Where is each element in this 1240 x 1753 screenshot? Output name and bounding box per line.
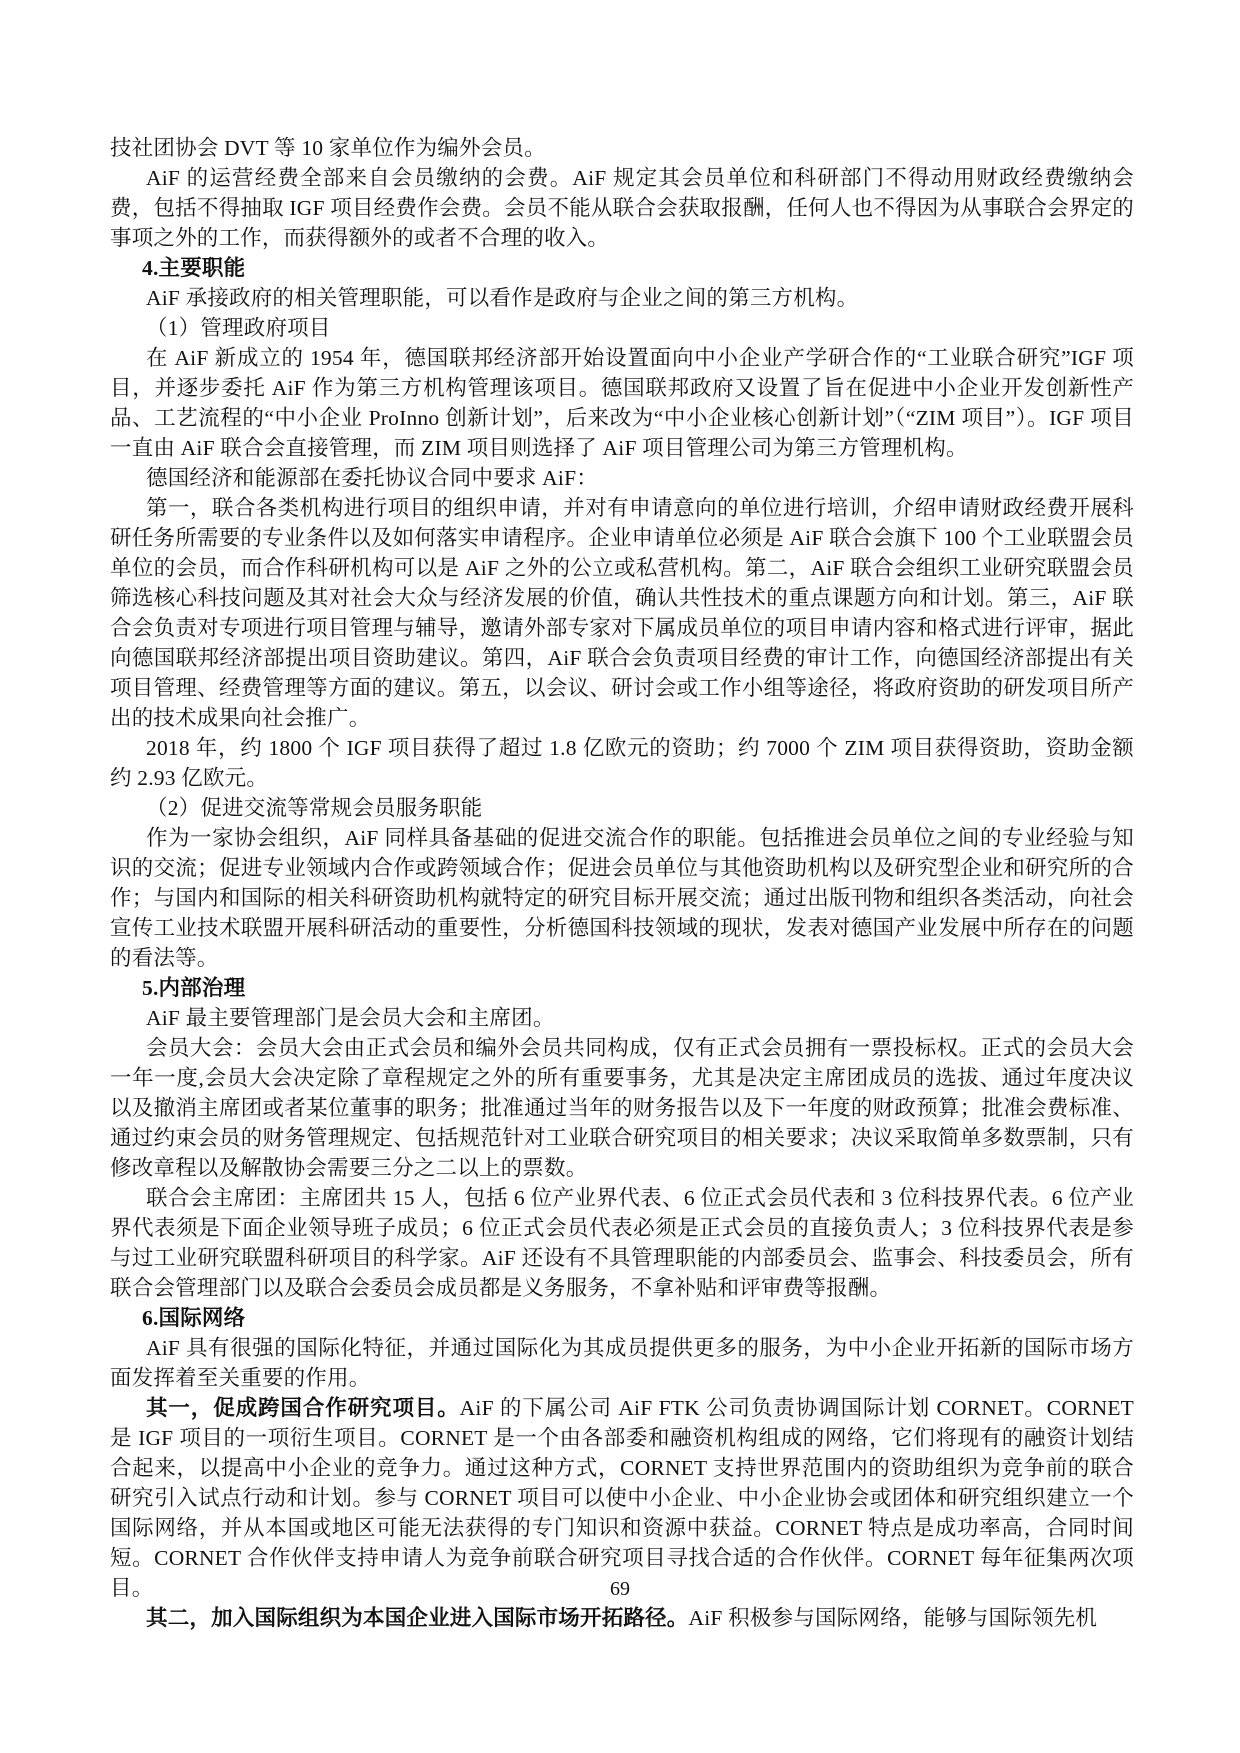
paragraph: AiF 最主要管理部门是会员大会和主席团。	[110, 1003, 1134, 1033]
subsection-title-manage-gov-projects: （1）管理政府项目	[110, 313, 1134, 343]
paragraph: 其二，加入国际组织为本国企业进入国际市场开拓路径。AiF 积极参与国际网络，能够…	[110, 1603, 1134, 1633]
page-body-text: 技社团协会 DVT 等 10 家单位作为编外会员。 AiF 的运营经费全部来自会…	[110, 133, 1134, 1633]
paragraph-bold-lead: 其一，促成跨国合作研究项目。	[146, 1396, 460, 1420]
paragraph-continuation: 技社团协会 DVT 等 10 家单位作为编外会员。	[110, 133, 1134, 163]
paragraph-text: AiF 积极参与国际网络，能够与国际领先机	[689, 1606, 1098, 1630]
document-page: 技社团协会 DVT 等 10 家单位作为编外会员。 AiF 的运营经费全部来自会…	[0, 0, 1240, 1753]
subsection-title-member-services: （2）促进交流等常规会员服务职能	[110, 793, 1134, 823]
page-number: 69	[0, 1576, 1240, 1602]
paragraph: 2018 年，约 1800 个 IGF 项目获得了超过 1.8 亿欧元的资助；约…	[110, 733, 1134, 793]
paragraph: 德国经济和能源部在委托协议合同中要求 AiF：	[110, 463, 1134, 493]
paragraph: 在 AiF 新成立的 1954 年，德国联邦经济部开始设置面向中小企业产学研合作…	[110, 343, 1134, 463]
paragraph: 作为一家协会组织，AiF 同样具备基础的促进交流合作的职能。包括推进会员单位之间…	[110, 823, 1134, 973]
section-heading-internal-governance: 5.内部治理	[110, 973, 1134, 1003]
section-heading-international-network: 6.国际网络	[110, 1303, 1134, 1333]
paragraph-text: AiF 的下属公司 AiF FTK 公司负责协调国际计划 CORNET。CORN…	[110, 1396, 1134, 1600]
paragraph: AiF 具有很强的国际化特征，并通过国际化为其成员提供更多的服务，为中小企业开拓…	[110, 1333, 1134, 1393]
paragraph: 会员大会：会员大会由正式会员和编外会员共同构成，仅有正式会员拥有一票投标权。正式…	[110, 1033, 1134, 1183]
paragraph: 联合会主席团：主席团共 15 人，包括 6 位产业界代表、6 位正式会员代表和 …	[110, 1183, 1134, 1303]
paragraph: AiF 的运营经费全部来自会员缴纳的会费。AiF 规定其会员单位和科研部门不得动…	[110, 163, 1134, 253]
paragraph: 其一，促成跨国合作研究项目。AiF 的下属公司 AiF FTK 公司负责协调国际…	[110, 1393, 1134, 1603]
paragraph: AiF 承接政府的相关管理职能，可以看作是政府与企业之间的第三方机构。	[110, 283, 1134, 313]
paragraph-bold-lead: 其二，加入国际组织为本国企业进入国际市场开拓路径。	[146, 1606, 689, 1630]
section-heading-main-functions: 4.主要职能	[110, 253, 1134, 283]
paragraph: 第一，联合各类机构进行项目的组织申请，并对有申请意向的单位进行培训，介绍申请财政…	[110, 493, 1134, 733]
